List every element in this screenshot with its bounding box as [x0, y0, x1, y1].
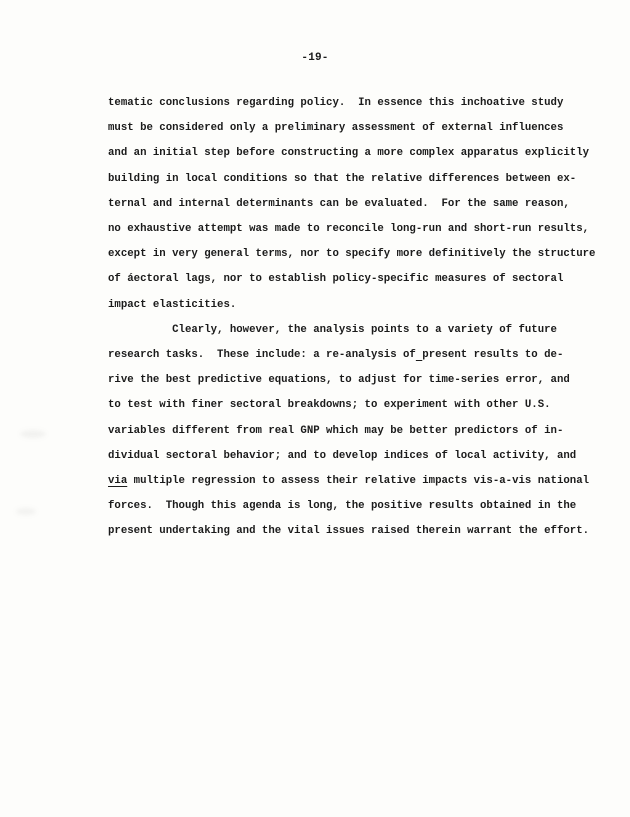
- text-segment: to test with finer sectoral breakdowns; …: [108, 399, 551, 411]
- text-segment: multiple regression to assess their rela…: [127, 475, 589, 487]
- text-line: variables different from real GNP which …: [108, 419, 608, 444]
- text-segment: impact elasticities.: [108, 299, 236, 311]
- paragraph-2: Clearly, however, the analysis points to…: [108, 318, 608, 545]
- text-segment: present undertaking and the vital issues…: [108, 525, 589, 537]
- text-segment: except in very general terms, nor to spe…: [108, 248, 595, 260]
- text-segment: must be considered only a preliminary as…: [108, 122, 563, 134]
- text-segment: Clearly, however, the analysis points to…: [108, 324, 557, 336]
- text-line: forces. Though this agenda is long, the …: [108, 494, 608, 519]
- text-line: except in very general terms, nor to spe…: [108, 242, 608, 267]
- text-segment: ternal and internal determinants can be …: [108, 198, 570, 210]
- text-segment: and an initial step before constructing …: [108, 147, 589, 159]
- text-line: dividual sectoral behavior; and to devel…: [108, 444, 608, 469]
- typed-text: tematic conclusions regarding policy. In…: [108, 91, 608, 545]
- text-line: present undertaking and the vital issues…: [108, 519, 608, 544]
- text-line: Clearly, however, the analysis points to…: [108, 318, 608, 343]
- text-line: building in local conditions so that the…: [108, 167, 608, 192]
- text-line: no exhaustive attempt was made to reconc…: [108, 217, 608, 242]
- text-segment: dividual sectoral behavior; and to devel…: [108, 450, 576, 462]
- text-line: tematic conclusions regarding policy. In…: [108, 91, 608, 116]
- text-line: ternal and internal determinants can be …: [108, 192, 608, 217]
- text-line: and an initial step before constructing …: [108, 141, 608, 166]
- text-line: impact elasticities.: [108, 293, 608, 318]
- text-segment: no exhaustive attempt was made to reconc…: [108, 223, 589, 235]
- text-segment: present results to de-: [422, 349, 563, 361]
- text-segment: building in local conditions so that the…: [108, 173, 576, 185]
- text-segment: forces. Though this agenda is long, the …: [108, 500, 576, 512]
- text-line: of áectoral lags, nor to establish polic…: [108, 267, 608, 292]
- text-segment: variables different from real GNP which …: [108, 425, 563, 437]
- underlined-text: via: [108, 475, 127, 487]
- text-segment: rive the best predictive equations, to a…: [108, 374, 570, 386]
- text-line: must be considered only a preliminary as…: [108, 116, 608, 141]
- text-segment: of áectoral lags, nor to establish polic…: [108, 273, 563, 285]
- scanned-document-page: -19- tematic conclusions regarding polic…: [0, 0, 630, 817]
- text-segment: tematic conclusions regarding policy. In…: [108, 97, 563, 109]
- text-line: to test with finer sectoral breakdowns; …: [108, 393, 608, 418]
- text-line: via multiple regression to assess their …: [108, 469, 608, 494]
- text-line: research tasks. These include: a re-anal…: [108, 343, 608, 368]
- scan-smudge: [16, 508, 36, 515]
- scan-smudge: [20, 430, 46, 438]
- text-line: rive the best predictive equations, to a…: [108, 368, 608, 393]
- page-number: -19-: [0, 52, 630, 64]
- paragraph-1: tematic conclusions regarding policy. In…: [108, 91, 608, 318]
- text-segment: research tasks. These include: a re-anal…: [108, 349, 416, 361]
